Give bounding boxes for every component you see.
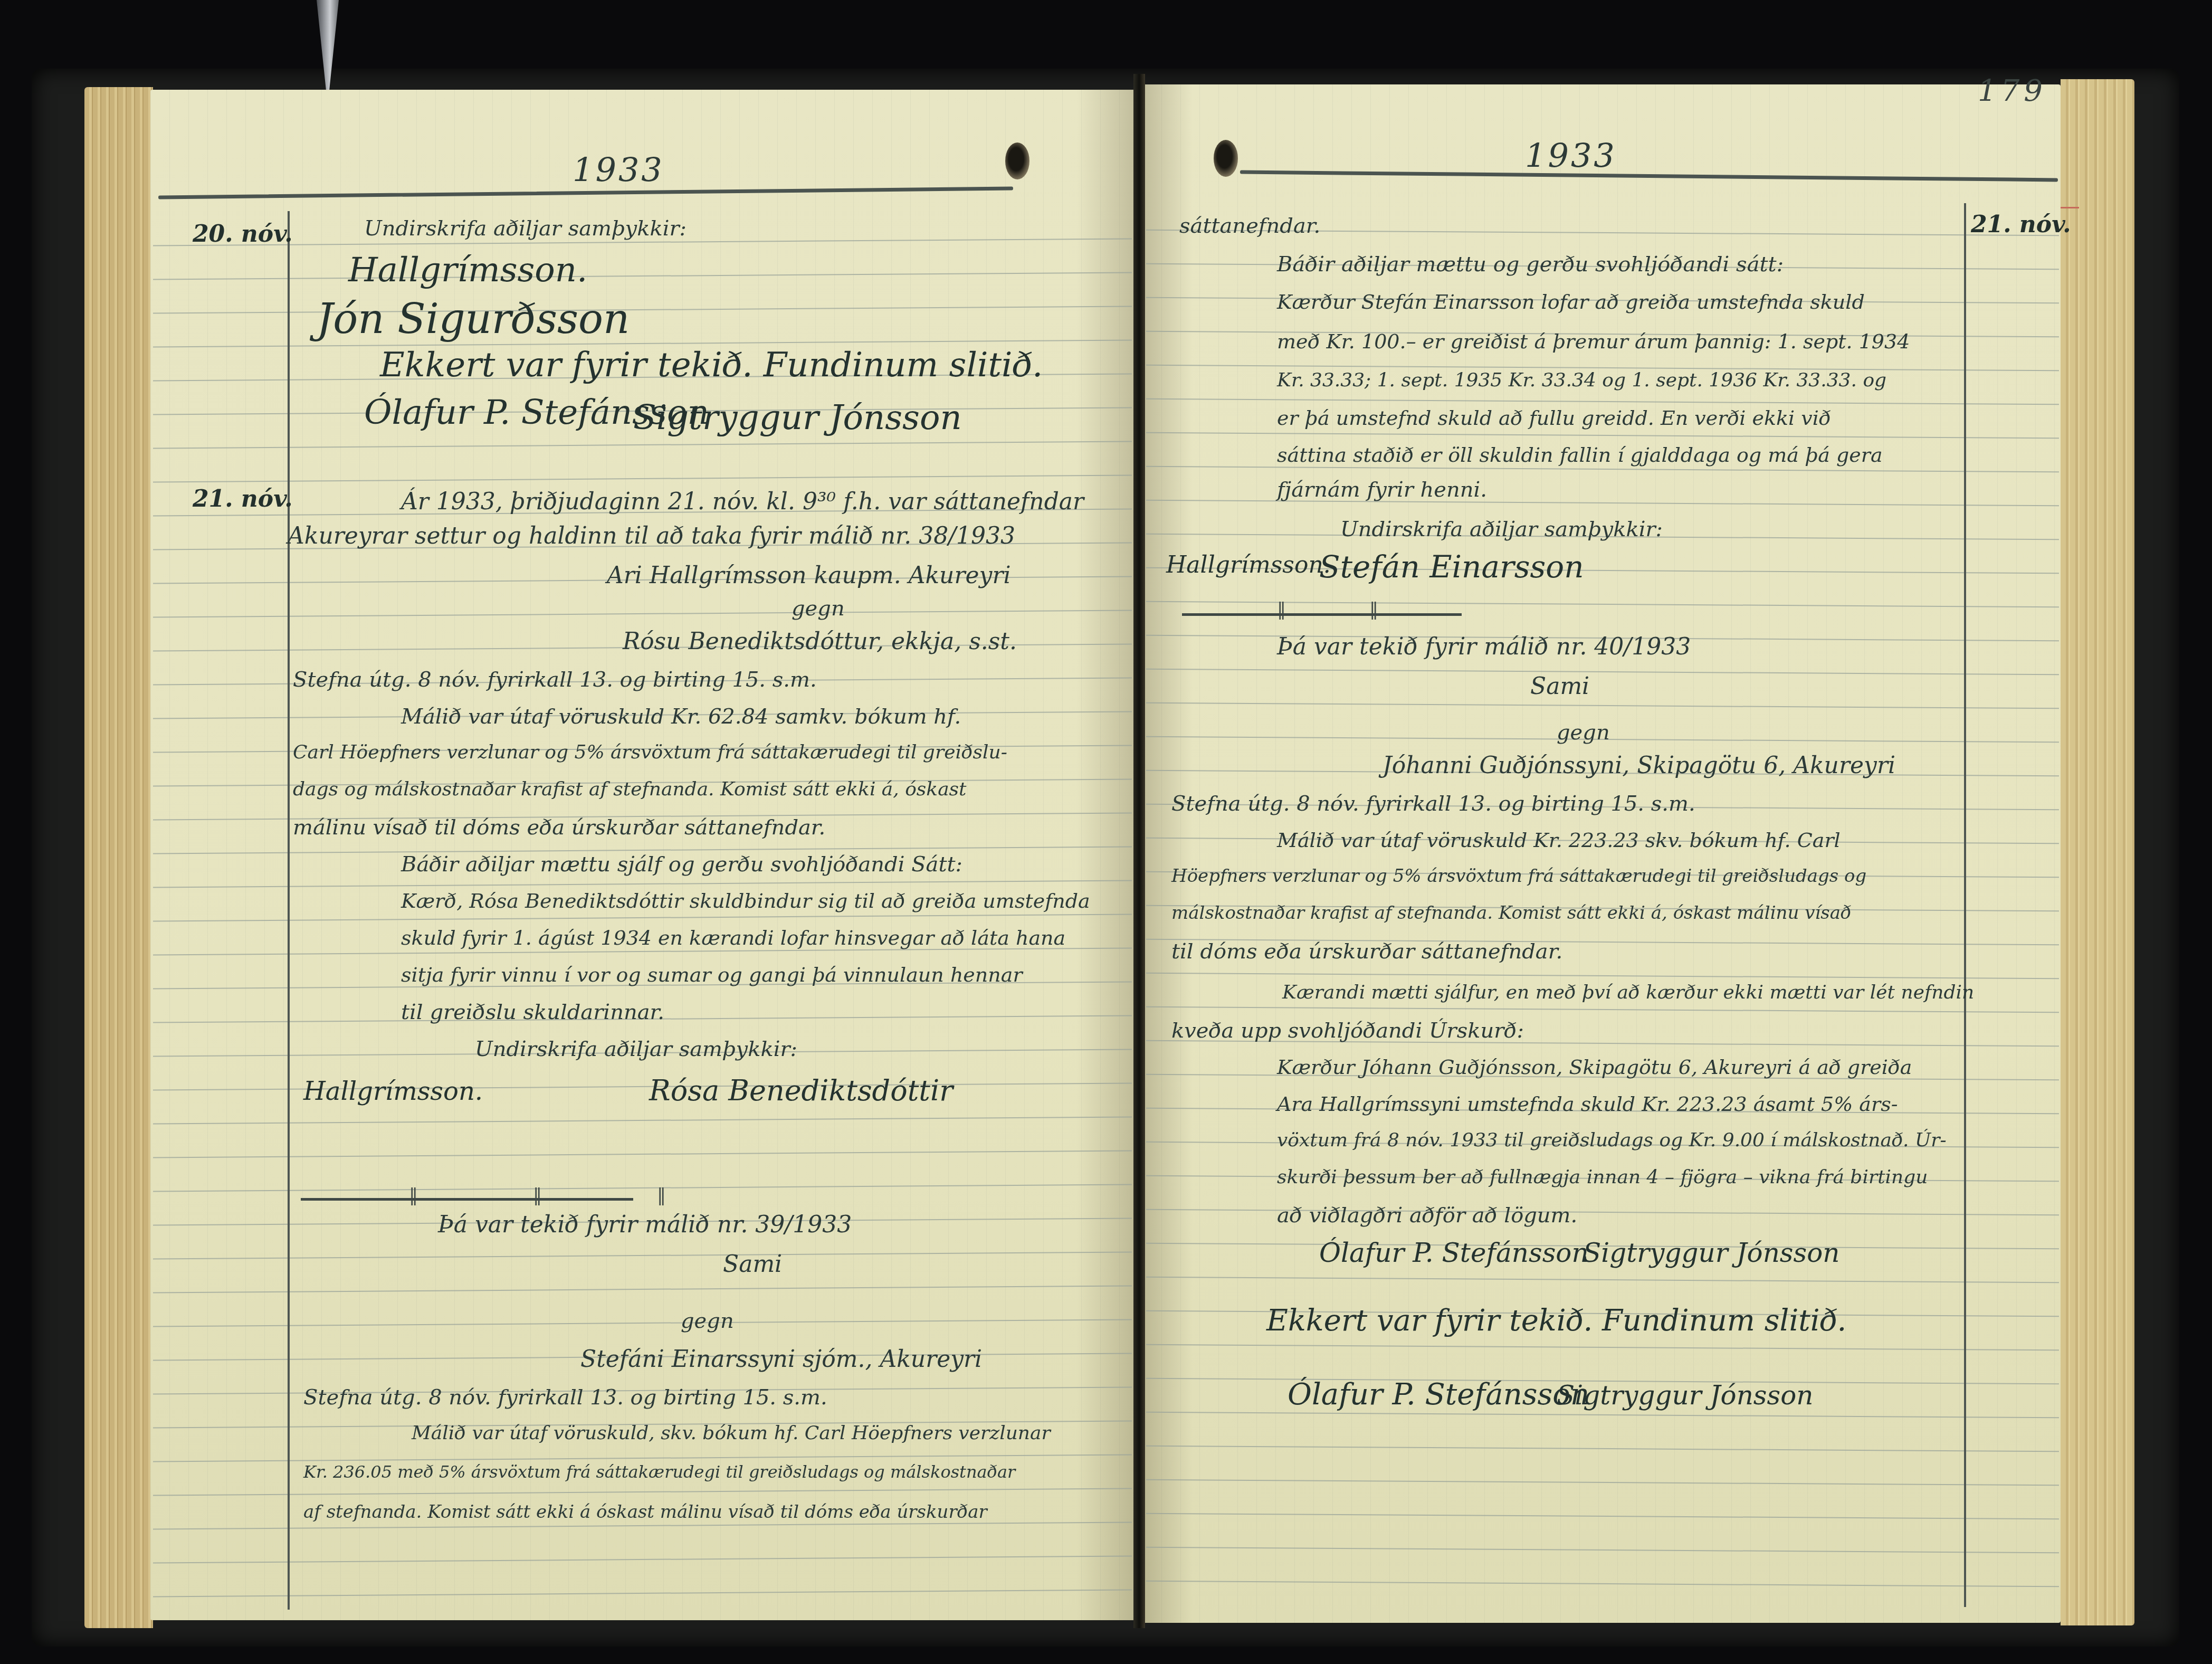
entry-date: 21. nóv. <box>1971 211 2071 238</box>
text-line: Jóhanni Guðjónssyni, Skipagötu 6, Akurey… <box>1382 752 1895 779</box>
entry-date: 20. nóv. <box>193 221 293 248</box>
text-line: Stefáni Einarssyni sjóm., Akureyri <box>580 1346 982 1373</box>
text-line: til dóms eða úrskurðar sáttanefndar. <box>1171 939 1562 964</box>
text-line: kveða upp svohljóðandi Úrskurð: <box>1171 1019 1524 1043</box>
text-line: Ekkert var fyrir tekið. Fundinum slitið. <box>1266 1304 1846 1338</box>
text-line: Málið var útaf vöruskuld Kr. 62.84 samkv… <box>401 705 961 729</box>
text-line: skuld fyrir 1. ágúst 1934 en kærandi lof… <box>401 926 1065 949</box>
text-line: Kr. 236.05 með 5% ársvöxtum frá sáttakær… <box>303 1462 1015 1482</box>
text-line: Carl Höepfners verzlunar og 5% ársvöxtum… <box>293 741 1007 763</box>
text-line: gegn <box>792 596 845 621</box>
text-line: Kærandi mætti sjálfur, en með því að kær… <box>1282 982 1974 1003</box>
text-line: skurði þessum ber að fullnægja innan 4 –… <box>1277 1166 1928 1188</box>
text-line: Málið var útaf vöruskuld, skv. bókum hf.… <box>412 1422 1051 1444</box>
signature: Jón Sigurðsson <box>317 296 630 343</box>
signature: Stefán Einarsson <box>1319 549 1584 585</box>
entry-date: 21. nóv. <box>193 486 293 512</box>
book-gutter <box>1133 74 1145 1628</box>
text-line: Sami <box>1530 673 1589 700</box>
text-line: Undirskrifa aðiljar samþykkir: <box>475 1037 797 1061</box>
text-line: Kærður Jóhann Guðjónsson, Skipagötu 6, A… <box>1277 1056 1912 1079</box>
text-line: Kærð, Rósa Benediktsdóttir skuldbindur s… <box>401 889 1090 912</box>
text-line: Báðir aðiljar mættu og gerðu svohljóðand… <box>1277 252 1784 277</box>
text-line: sitja fyrir vinnu í vor og sumar og gang… <box>401 963 1023 986</box>
text-line: Ara Hallgrímssyni umstefnda skuld Kr. 22… <box>1277 1092 1898 1116</box>
separator-mark: ‖ <box>1277 599 1286 620</box>
text-line: Kærður Stefán Einarsson lofar að greiða … <box>1277 290 1865 313</box>
text-line: Þá var tekið fyrir málið nr. 39/1933 <box>438 1211 852 1238</box>
text-line: að viðlagðri aðför að lögum. <box>1277 1203 1577 1228</box>
entry-separator <box>1182 613 1462 616</box>
binding-hole <box>1005 142 1029 179</box>
text-line: vöxtum frá 8 nóv. 1933 til greiðsludags … <box>1277 1129 1947 1151</box>
text-line: Stefna útg. 8 nóv. fyrirkall 13. og birt… <box>293 668 817 692</box>
text-line: Málið var útaf vöruskuld Kr. 223.23 skv.… <box>1277 829 1841 852</box>
signature: Hallgrímsson. <box>348 251 587 290</box>
left-page-stack <box>84 87 153 1628</box>
page-number: 179 <box>1978 74 2047 108</box>
text-line: fjárnám fyrir henni. <box>1277 478 1487 502</box>
text-line: Sami <box>723 1251 782 1278</box>
text-line: Stefna útg. 8 nóv. fyrirkall 13. og birt… <box>1171 792 1695 816</box>
binding-hole <box>1214 140 1238 177</box>
gutter-shadow <box>1076 90 1134 1620</box>
text-line: Undirskrifa aðiljar samþykkir: <box>1340 517 1663 541</box>
signature: Ólafur P. Stefánsson <box>1319 1238 1589 1268</box>
text-line: Báðir aðiljar mættu sjálf og gerðu svohl… <box>401 852 962 877</box>
text-line: Undirskrifa aðiljar samþykkir: <box>364 216 687 241</box>
text-line: Ár 1933, þriðjudaginn 21. nóv. kl. 9³⁰ f… <box>401 488 1084 515</box>
text-line: af stefnanda. Komist sátt ekki á óskast … <box>303 1501 987 1523</box>
signature: Sigtryggur Jónsson <box>1583 1238 1839 1268</box>
text-line: sáttina staðið er öll skuldin fallin í g… <box>1277 443 1883 467</box>
text-line: Ari Hallgrímsson kaupm. Akureyri <box>607 562 1011 589</box>
text-line: Höepfners verzlunar og 5% ársvöxtum frá … <box>1171 866 1866 887</box>
page-year-right: 1933 <box>1525 136 1617 175</box>
signature: Hallgrímsson. <box>303 1077 483 1106</box>
text-line: til greiðslu skuldarinnar. <box>401 1000 664 1024</box>
signature: Ólafur P. Stefánsson <box>1288 1377 1589 1412</box>
text-line: Þá var tekið fyrir málið nr. 40/1933 <box>1277 633 1691 660</box>
gutter-shadow <box>1145 84 1193 1623</box>
text-line: Kr. 33.33; 1. sept. 1935 Kr. 33.34 og 1.… <box>1277 369 1886 391</box>
text-line: dags og málskostnaðar krafist af stefnan… <box>293 778 967 800</box>
separator-mark: ‖ <box>657 1185 666 1206</box>
right-page-stack <box>2061 79 2134 1625</box>
text-line: sáttanefndar. <box>1179 214 1320 238</box>
separator-mark: ‖ <box>1369 599 1378 620</box>
margin-mark <box>2061 207 2079 208</box>
page-year-left: 1933 <box>573 150 664 189</box>
date-column-divider-left <box>288 211 290 1610</box>
text-line: gegn <box>1557 720 1610 745</box>
signature: Sigtryggur Jónsson <box>1557 1380 1813 1411</box>
separator-mark: ‖ <box>533 1185 542 1206</box>
text-line: málinu vísað til dóms eða úrskurðar sátt… <box>293 815 825 840</box>
signature: Sigtryggur Jónsson <box>633 398 962 438</box>
text-line: Ekkert var fyrir tekið. Fundinum slitið. <box>380 346 1043 385</box>
signature: Rósa Benediktsdóttir <box>649 1074 953 1107</box>
text-line: málskostnaðar krafist af stefnanda. Komi… <box>1171 902 1851 924</box>
text-line: er þá umstefnd skuld að fullu greidd. En… <box>1277 406 1831 430</box>
signature: Hallgrímsson. <box>1166 552 1331 578</box>
text-line: Akureyrar settur og haldinn til að taka … <box>288 522 1015 549</box>
date-column-divider-right <box>1964 203 1966 1607</box>
text-line: gegn <box>681 1309 734 1333</box>
separator-mark: ‖ <box>409 1185 418 1206</box>
text-line: Stefna útg. 8 nóv. fyrirkall 13. og birt… <box>303 1385 827 1410</box>
text-line: með Kr. 100.– er greiðist á þremur árum … <box>1277 330 1910 353</box>
entry-separator <box>301 1198 633 1201</box>
text-line: Rósu Benediktsdóttur, ekkja, s.st. <box>623 628 1017 655</box>
